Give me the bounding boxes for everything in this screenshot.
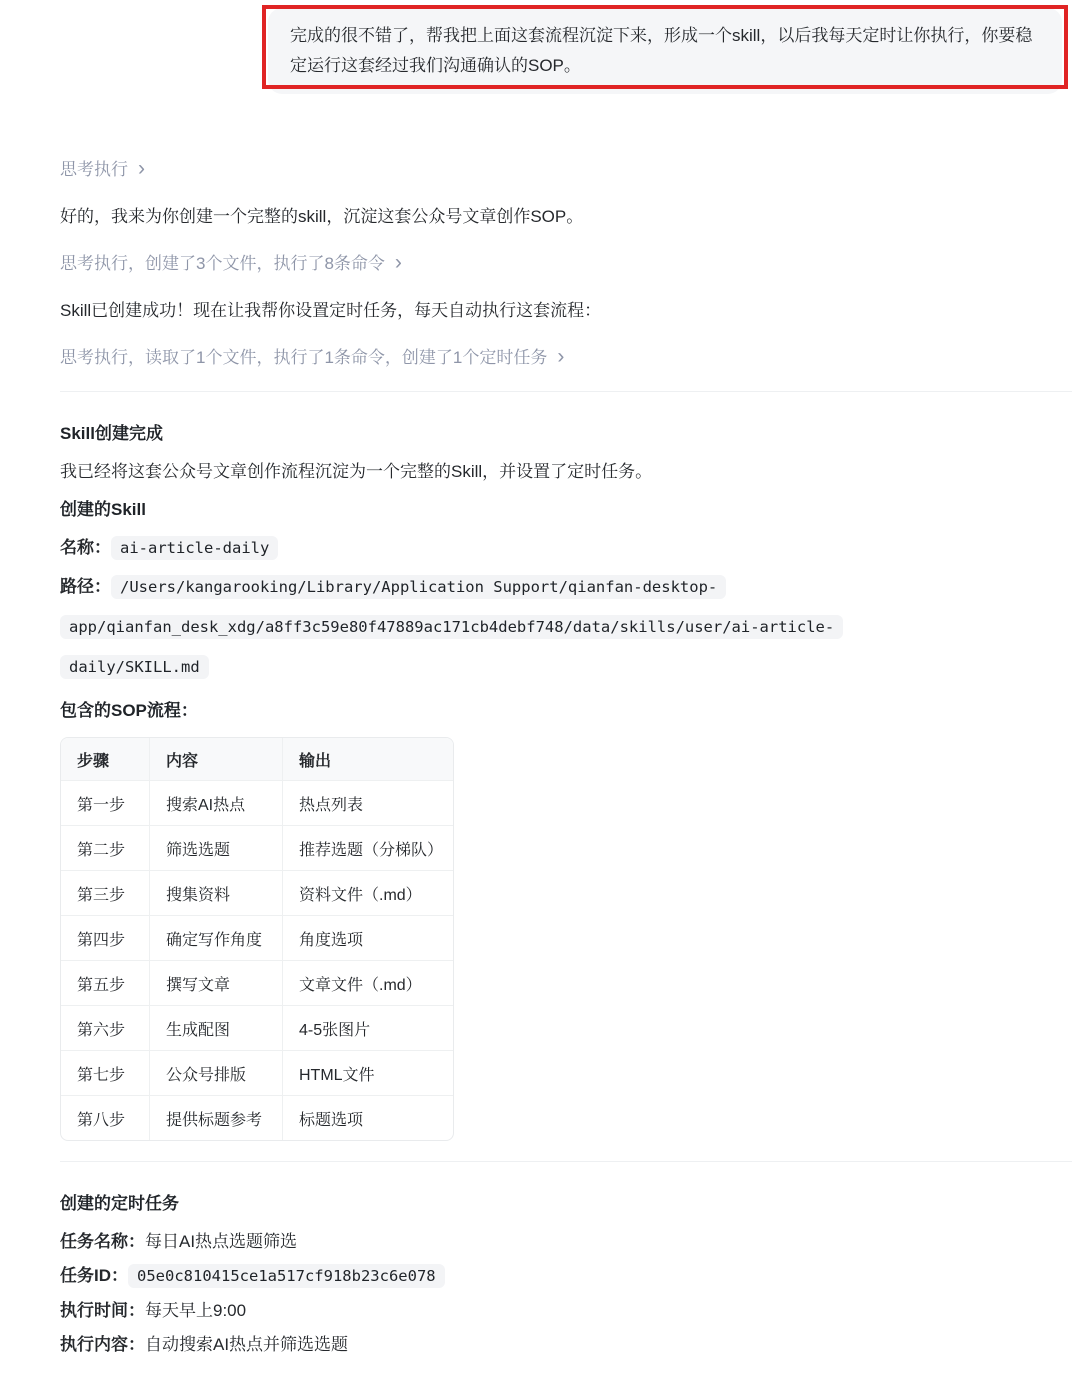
skill-path-segment: daily/SKILL.md xyxy=(60,655,209,679)
cell-step: 第八步 xyxy=(61,1096,150,1141)
section-divider xyxy=(60,1161,1072,1162)
report-summary: 我已经将这套公众号文章创作流程沉淀为一个完整的Skill，并设置了定时任务。 xyxy=(60,458,1072,485)
chevron-right-icon: › xyxy=(138,158,145,179)
table-row: 第三步 搜集资料 资料文件（.md） xyxy=(61,871,453,916)
cell-step: 第一步 xyxy=(61,781,150,826)
cell-output: 热点列表 xyxy=(283,781,454,826)
cell-output: 文章文件（.md） xyxy=(283,961,454,1006)
assistant-message-1: 好的，我来为你创建一个完整的skill，沉淀这套公众号文章创作SOP。 xyxy=(60,203,1072,230)
user-message: 完成的很不错了，帮我把上面这套流程沉淀下来，形成一个skill，以后我每天定时让… xyxy=(268,8,1062,94)
cell-output: 资料文件（.md） xyxy=(283,871,454,916)
table-row: 第八步 提供标题参考 标题选项 xyxy=(61,1096,453,1141)
table-row: 第七步 公众号排版 HTML文件 xyxy=(61,1051,453,1096)
cell-output: 角度选项 xyxy=(283,916,454,961)
tool-step-label: 思考执行 xyxy=(60,156,128,183)
task-name-value: 每日AI热点选题筛选 xyxy=(145,1232,297,1251)
cell-step: 第三步 xyxy=(61,871,150,916)
assistant-message-2: Skill已创建成功！现在让我帮你设置定时任务，每天自动执行这套流程： xyxy=(60,297,1072,324)
report-heading: Skill创建完成 xyxy=(60,420,1072,447)
chat-page: 完成的很不错了，帮我把上面这套流程沉淀下来，形成一个skill，以后我每天定时让… xyxy=(0,0,1080,1389)
tool-step-toggle-3[interactable]: 思考执行，读取了1个文件，执行了1条命令，创建了1个定时任务 › xyxy=(60,344,564,371)
column-header-output: 输出 xyxy=(283,738,454,781)
skill-name-value: ai-article-daily xyxy=(111,536,278,560)
task-name-row: 任务名称：每日AI热点选题筛选 xyxy=(60,1228,1072,1255)
chevron-right-icon: › xyxy=(395,252,402,273)
table-row: 第一步 搜索AI热点 热点列表 xyxy=(61,781,453,826)
cell-step: 第七步 xyxy=(61,1051,150,1096)
cell-content: 确定写作角度 xyxy=(150,916,283,961)
skill-path-segment: /Users/kangarooking/Library/Application … xyxy=(111,575,726,599)
cell-output: 标题选项 xyxy=(283,1096,454,1141)
skill-path-segment: app/qianfan_desk_xdg/a8ff3c59e80f47889ac… xyxy=(60,615,843,639)
sop-table: 步骤 内容 输出 第一步 搜索AI热点 热点列表 第二步 筛选选题 推荐选题（分… xyxy=(60,737,454,1141)
user-message-bubble: 完成的很不错了，帮我把上面这套流程沉淀下来，形成一个skill，以后我每天定时让… xyxy=(268,8,1062,94)
cell-step: 第四步 xyxy=(61,916,150,961)
task-time-value: 每天早上9:00 xyxy=(145,1301,246,1320)
cell-content: 撰写文章 xyxy=(150,961,283,1006)
cell-content: 搜集资料 xyxy=(150,871,283,916)
task-time-row: 执行时间：每天早上9:00 xyxy=(60,1297,1072,1324)
task-content-label: 执行内容： xyxy=(60,1335,145,1354)
skill-path-row: 路径：/Users/kangarooking/Library/Applicati… xyxy=(60,573,1072,601)
task-content-row: 执行内容：自动搜索AI热点并筛选选题 xyxy=(60,1331,1072,1358)
cell-content: 公众号排版 xyxy=(150,1051,283,1096)
section-divider xyxy=(60,391,1072,392)
table-row: 第六步 生成配图 4-5张图片 xyxy=(61,1006,453,1051)
cell-output: HTML文件 xyxy=(283,1051,454,1096)
chevron-right-icon: › xyxy=(557,346,564,367)
task-content-value: 自动搜索AI热点并筛选选题 xyxy=(145,1335,348,1354)
tool-step-label: 思考执行，读取了1个文件，执行了1条命令，创建了1个定时任务 xyxy=(60,344,547,371)
cell-step: 第六步 xyxy=(61,1006,150,1051)
cell-content: 提供标题参考 xyxy=(150,1096,283,1141)
skill-name-label: 名称： xyxy=(60,538,111,557)
skill-path-label: 路径： xyxy=(60,577,111,596)
sop-section-heading: 包含的SOP流程： xyxy=(60,697,1072,724)
cell-step: 第二步 xyxy=(61,826,150,871)
tool-step-toggle-1[interactable]: 思考执行 › xyxy=(60,156,145,183)
task-section-heading: 创建的定时任务 xyxy=(60,1190,1072,1217)
table-row: 第二步 筛选选题 推荐选题（分梯队） xyxy=(61,826,453,871)
table-row: 第五步 撰写文章 文章文件（.md） xyxy=(61,961,453,1006)
cell-output: 推荐选题（分梯队） xyxy=(283,826,454,871)
user-message-text: 完成的很不错了，帮我把上面这套流程沉淀下来，形成一个skill，以后我每天定时让… xyxy=(290,26,1032,75)
column-header-step: 步骤 xyxy=(61,738,150,781)
table-header-row: 步骤 内容 输出 xyxy=(61,738,453,781)
cell-step: 第五步 xyxy=(61,961,150,1006)
table-row: 第四步 确定写作角度 角度选项 xyxy=(61,916,453,961)
task-id-row: 任务ID：05e0c810415ce1a517cf918b23c6e078 xyxy=(60,1262,1072,1290)
cell-content: 搜索AI热点 xyxy=(150,781,283,826)
skill-path-row: daily/SKILL.md xyxy=(60,653,1072,681)
skill-section-heading: 创建的Skill xyxy=(60,496,1072,523)
task-id-label: 任务ID： xyxy=(60,1266,128,1285)
tool-step-toggle-2[interactable]: 思考执行，创建了3个文件，执行了8条命令 › xyxy=(60,250,402,277)
task-time-label: 执行时间： xyxy=(60,1301,145,1320)
cell-content: 生成配图 xyxy=(150,1006,283,1051)
tool-step-label: 思考执行，创建了3个文件，执行了8条命令 xyxy=(60,250,385,277)
skill-path-row: app/qianfan_desk_xdg/a8ff3c59e80f47889ac… xyxy=(60,613,1072,641)
task-id-value: 05e0c810415ce1a517cf918b23c6e078 xyxy=(128,1264,445,1288)
task-name-label: 任务名称： xyxy=(60,1232,145,1251)
cell-output: 4-5张图片 xyxy=(283,1006,454,1051)
cell-content: 筛选选题 xyxy=(150,826,283,871)
column-header-content: 内容 xyxy=(150,738,283,781)
skill-name-row: 名称：ai-article-daily xyxy=(60,534,1072,562)
